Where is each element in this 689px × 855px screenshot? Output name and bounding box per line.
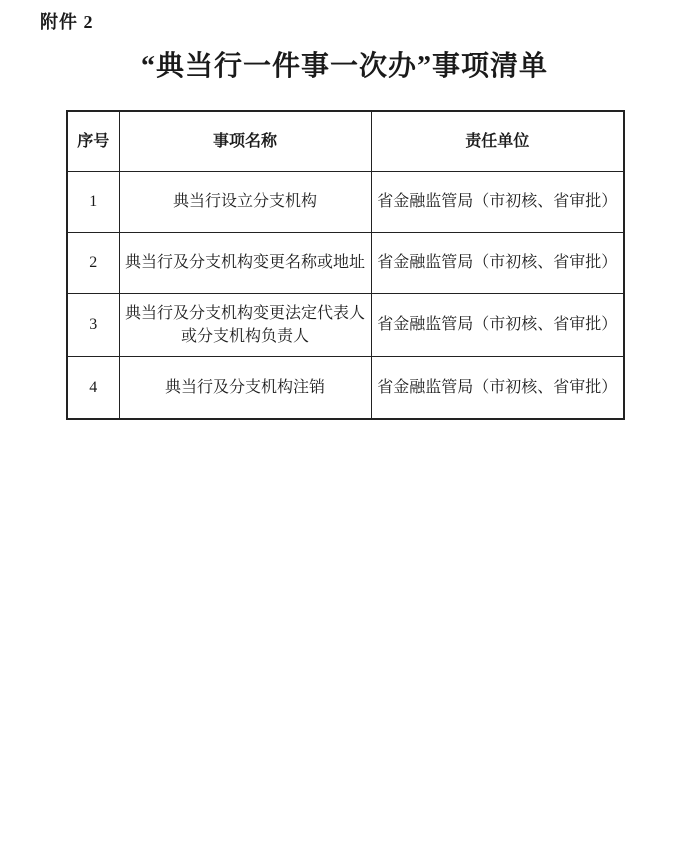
items-table: 序号 事项名称 责任单位 1 典当行设立分支机构 省金融监管局（市初核、省审批）… — [66, 110, 625, 420]
header-cell-name: 事项名称 — [119, 111, 371, 172]
page-title: “典当行一件事一次办”事项清单 — [0, 44, 689, 84]
cell-responsible-unit: 省金融监管局（市初核、省审批） — [371, 172, 624, 233]
table-row: 1 典当行设立分支机构 省金融监管局（市初核、省审批） — [67, 172, 624, 233]
table-row: 3 典当行及分支机构变更法定代表人或分支机构负责人 省金融监管局（市初核、省审批… — [67, 294, 624, 357]
cell-row-number: 1 — [67, 172, 119, 233]
attachment-label: 附件 2 — [40, 8, 94, 34]
cell-row-number: 2 — [67, 233, 119, 294]
cell-item-name: 典当行及分支机构注销 — [119, 357, 371, 420]
cell-row-number: 3 — [67, 294, 119, 357]
cell-responsible-unit: 省金融监管局（市初核、省审批） — [371, 233, 624, 294]
table-row: 2 典当行及分支机构变更名称或地址 省金融监管局（市初核、省审批） — [67, 233, 624, 294]
cell-item-name: 典当行及分支机构变更法定代表人或分支机构负责人 — [119, 294, 371, 357]
header-cell-no: 序号 — [67, 111, 119, 172]
table-row: 4 典当行及分支机构注销 省金融监管局（市初核、省审批） — [67, 357, 624, 420]
cell-responsible-unit: 省金融监管局（市初核、省审批） — [371, 357, 624, 420]
header-cell-unit: 责任单位 — [371, 111, 624, 172]
table-header-row: 序号 事项名称 责任单位 — [67, 111, 624, 172]
cell-row-number: 4 — [67, 357, 119, 420]
cell-item-name: 典当行及分支机构变更名称或地址 — [119, 233, 371, 294]
cell-item-name: 典当行设立分支机构 — [119, 172, 371, 233]
document-page: 附件 2 “典当行一件事一次办”事项清单 序号 事项名称 责任单位 1 典当行设… — [0, 0, 689, 855]
cell-responsible-unit: 省金融监管局（市初核、省审批） — [371, 294, 624, 357]
